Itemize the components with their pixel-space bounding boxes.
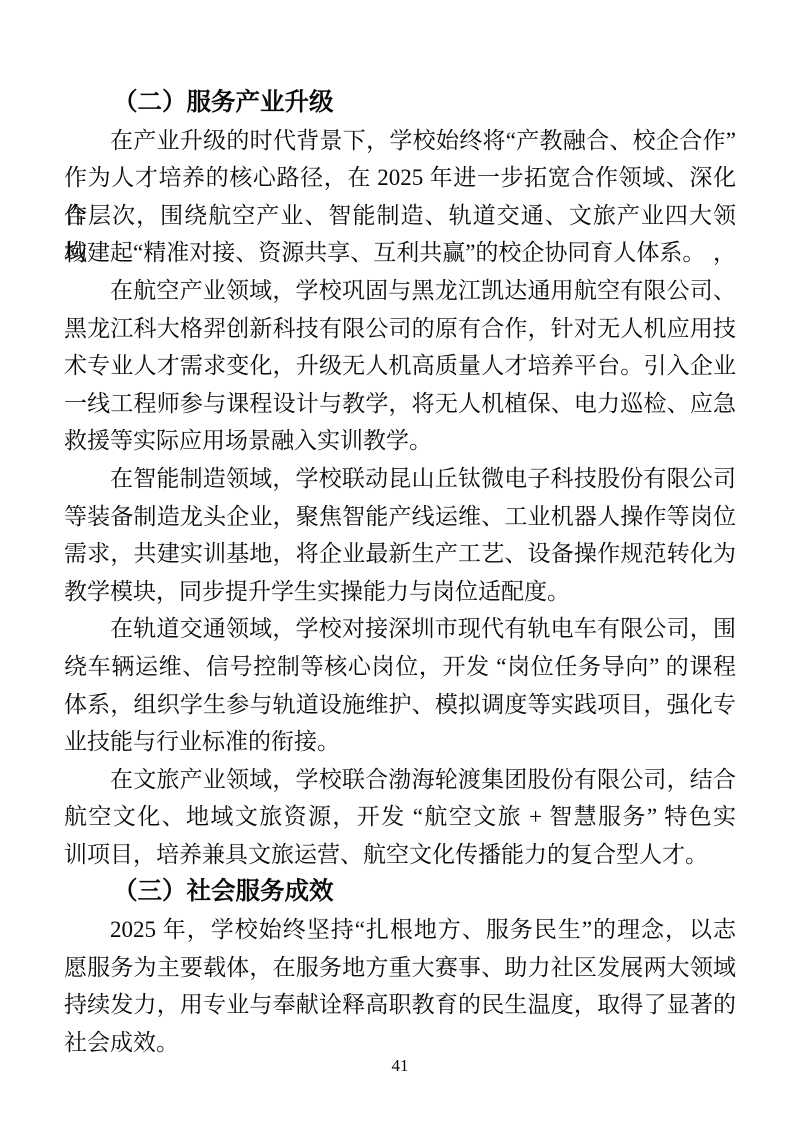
section-heading-2: （二）服务产业升级 [64, 84, 736, 122]
paragraph-line: 持续发力，用专业与奉献诠释高职教育的民生温度，取得了显著的 [64, 986, 736, 1024]
paragraph-line: 术专业人才需求变化，升级无人机高质量人才培养平台。引入企业 [64, 347, 736, 385]
paragraph-line: 在产业升级的时代背景下，学校始终将“产教融合、校企合作” [64, 122, 736, 160]
document-body: （二）服务产业升级 在产业升级的时代背景下，学校始终将“产教融合、校企合作” 作… [64, 84, 736, 1061]
section-heading-3: （三）社会服务成效 [64, 873, 736, 911]
document-page: （二）服务产业升级 在产业升级的时代背景下，学校始终将“产教融合、校企合作” 作… [0, 0, 800, 1131]
paragraph-line: 航空文化、地域文旅资源，开发 “航空文旅 + 智慧服务” 特色实 [64, 798, 736, 836]
paragraph-line: 作为人才培养的核心路径，在 2025 年进一步拓宽合作领域、深化合 [64, 159, 736, 197]
paragraph-line: 等装备制造龙头企业，聚焦智能产线运维、工业机器人操作等岗位 [64, 498, 736, 536]
paragraph-line: 需求，共建实训基地，将企业最新生产工艺、设备操作规范转化为 [64, 535, 736, 573]
paragraph-line: 在智能制造领域，学校联动昆山丘钛微电子科技股份有限公司 [64, 460, 736, 498]
paragraph-line: 一线工程师参与课程设计与教学，将无人机植保、电力巡检、应急 [64, 385, 736, 423]
page-number: 41 [0, 1056, 800, 1076]
paragraph-line: 在航空产业领域，学校巩固与黑龙江凯达通用航空有限公司、 [64, 272, 736, 310]
paragraph-line: 2025 年，学校始终坚持“扎根地方、服务民生”的理念，以志 [64, 911, 736, 949]
paragraph-line: 体系，组织学生参与轨道设施维护、模拟调度等实践项目，强化专 [64, 686, 736, 724]
paragraph-line: 训项目，培养兼具文旅运营、航空文化传播能力的复合型人才。 [64, 836, 736, 874]
paragraph-line: 在轨道交通领域，学校对接深圳市现代有轨电车有限公司，围 [64, 610, 736, 648]
paragraph-line: 绕车辆运维、信号控制等核心岗位，开发 “岗位任务导向” 的课程 [64, 648, 736, 686]
paragraph-line: 教学模块，同步提升学生实操能力与岗位适配度。 [64, 573, 736, 611]
paragraph-line: 构建起“精准对接、资源共享、互利共赢”的校企协同育人体系。 [64, 234, 736, 272]
paragraph-line: 作层次，围绕航空产业、智能制造、轨道交通、文旅产业四大领域， [64, 197, 736, 235]
paragraph-line: 愿服务为主要载体，在服务地方重大赛事、助力社区发展两大领域 [64, 949, 736, 987]
paragraph-line: 在文旅产业领域，学校联合渤海轮渡集团股份有限公司，结合 [64, 761, 736, 799]
paragraph-line: 业技能与行业标准的衔接。 [64, 723, 736, 761]
paragraph-line: 黑龙江科大格羿创新科技有限公司的原有合作，针对无人机应用技 [64, 310, 736, 348]
paragraph-line: 救援等实际应用场景融入实训教学。 [64, 422, 736, 460]
